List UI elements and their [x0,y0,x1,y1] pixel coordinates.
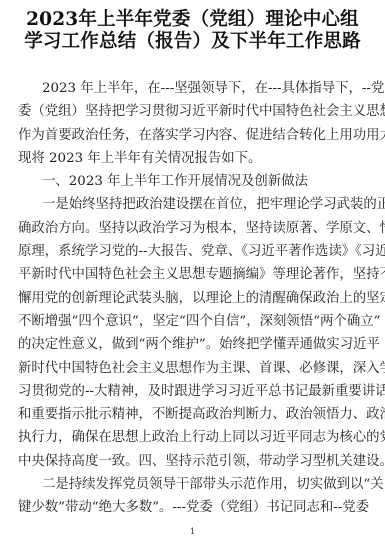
body-text-line: 原理，系统学习党的--大报告、党章、《习近平著作选读》《习近 [18,240,360,263]
body-text-line: 执行力，确保在思想上政治上行动上同以习近平同志为核心的党 [18,426,360,449]
document-page: 2023年上半年党委（党组）理论中心组 学习工作总结（报告）及下半年工作思路 2… [0,0,385,550]
body-text-line: 确政治方向。坚持以政治学习为根本，坚持读原著、学原文、悟 [18,217,360,240]
body-text-line: 作为首要政治任务，在落实学习内容、促进结合转化上用功用力。 [18,124,360,147]
body-text-line: 平新时代中国特色社会主义思想专题摘编》等理论著作，坚持不 [18,263,360,286]
body-text-line: 一是始终坚持把政治建设摆在首位，把牢理论学习武装的正 [18,193,360,216]
body-text-line: 委（党组）坚持把学习贯彻习近平新时代中国特色社会主义思想 [18,100,360,123]
body-text-line: 键少数”带动“绝大多数”。---党委（党组）书记同志和--党委 [18,496,360,519]
body-text-line: 2023 年上半年，在---坚强领导下，在---具体指导下，--党 [18,77,360,100]
body-text-line: 二是持续发挥党员领导干部带头示范作用，切实做到以“关 [18,473,360,496]
body-text-line: 新时代中国特色社会主义思想作为主课、首课、必修课，深入学 [18,357,360,380]
document-title-line-2: 学习工作总结（报告）及下半年工作思路 [0,31,385,53]
document-title-line-1: 2023年上半年党委（党组）理论中心组 [0,9,385,31]
body-text-line: 中央保持高度一致。四、坚持示范引领，带动学习型机关建设。 [18,450,360,473]
body-text-line: 懈用党的创新理论武装头脑，以理论上的清醒确保政治上的坚定， [18,287,360,310]
body-text-line: 和重要指示批示精神，不断提高政治判断力、政治领悟力、政治 [18,403,360,426]
body-text-line: 不断增强“四个意识”，坚定“四个自信”，深刻领悟“两个确立” [18,310,360,333]
document-body: 2023 年上半年，在---坚强领导下，在---具体指导下，--党委（党组）坚持… [18,77,360,520]
page-number: 1 [0,527,385,536]
body-text-line: 一、2023 年上半年工作开展情况及创新做法 [18,170,360,193]
body-text-line: 的决定性意义，做到“两个维护”。始终把学懂弄通做实习近平 [18,333,360,356]
body-text-line: 习贯彻党的--大精神，及时跟进学习习近平总书记最新重要讲话 [18,380,360,403]
body-text-line: 现将 2023 年上半年有关情况报告如下。 [18,147,360,170]
